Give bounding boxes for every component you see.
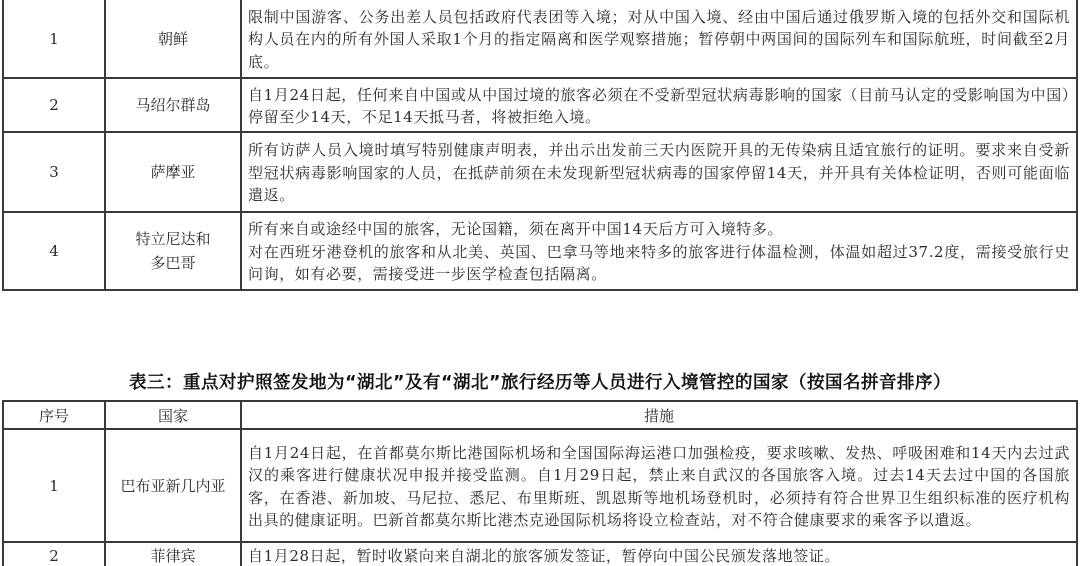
table-row: 2 马绍尔群岛 自1月24日起，任何来自中国或从中国过境的旅客必须在不受新型冠状…: [3, 78, 1077, 132]
country-name-line: 特立尼达和: [106, 227, 240, 251]
row-number: 2: [3, 78, 105, 132]
table-row: 1 巴布亚新几内亚 自1月24日起，在首都莫尔斯比港国际机场和全国国际海运港口加…: [3, 429, 1077, 542]
table-row: 3 萨摩亚 所有访萨人员入境时填写特别健康声明表，并出示出发前三天内医院开具的无…: [3, 132, 1077, 212]
column-header-measures: 措施: [241, 401, 1077, 429]
table-countries-entry-restrictions: 1 朝鲜 限制中国游客、公务出差人员包括政府代表团等入境；对从中国入境、经由中国…: [2, 0, 1078, 291]
row-number: 2: [3, 542, 105, 566]
measures-text: 限制中国游客、公务出差人员包括政府代表团等入境；对从中国入境、经由中国后通过俄罗…: [241, 0, 1077, 78]
table-title: 表三：重点对护照签发地为“湖北”及有“湖北”旅行经历等人员进行入境管控的国家（按…: [0, 369, 1080, 394]
measures-paragraph: 所有来自或途经中国的旅客，无论国籍，须在离开中国14天后方可入境特多。: [248, 218, 1070, 241]
row-number: 1: [3, 0, 105, 78]
table-row: 4 特立尼达和 多巴哥 所有来自或途经中国的旅客，无论国籍，须在离开中国14天后…: [3, 212, 1077, 290]
column-header-number: 序号: [3, 401, 105, 429]
column-header-country: 国家: [105, 401, 241, 429]
country-name: 萨摩亚: [105, 132, 241, 212]
table-hubei-entry-controls: 序号 国家 措施 1 巴布亚新几内亚 自1月24日起，在首都莫尔斯比港国际机场和…: [2, 400, 1078, 566]
row-number: 1: [3, 429, 105, 542]
measures-paragraph: 对在西班牙港登机的旅客和从北美、英国、巴拿马等地来特多的旅客进行体温检测，体温如…: [248, 241, 1070, 286]
measures-text: 自1月24日起，任何来自中国或从中国过境的旅客必须在不受新型冠状病毒影响的国家（…: [241, 78, 1077, 132]
measures-text: 所有来自或途经中国的旅客，无论国籍，须在离开中国14天后方可入境特多。 对在西班…: [241, 212, 1077, 290]
row-number: 4: [3, 212, 105, 290]
table-row: 1 朝鲜 限制中国游客、公务出差人员包括政府代表团等入境；对从中国入境、经由中国…: [3, 0, 1077, 78]
country-name: 朝鲜: [105, 0, 241, 78]
measures-text: 所有访萨人员入境时填写特别健康声明表，并出示出发前三天内医院开具的无传染病且适宜…: [241, 132, 1077, 212]
table-header-row: 序号 国家 措施: [3, 401, 1077, 429]
country-name-line: 多巴哥: [106, 251, 240, 275]
country-name: 菲律宾: [105, 542, 241, 566]
country-name: 马绍尔群岛: [105, 78, 241, 132]
country-name: 特立尼达和 多巴哥: [105, 212, 241, 290]
measures-text: 自1月28日起，暂时收紧向来自湖北的旅客颁发签证，暂停向中国公民颁发落地签证。: [241, 542, 1077, 566]
table-row: 2 菲律宾 自1月28日起，暂时收紧向来自湖北的旅客颁发签证，暂停向中国公民颁发…: [3, 542, 1077, 566]
measures-text: 自1月24日起，在首都莫尔斯比港国际机场和全国国际海运港口加强检疫，要求咳嗽、发…: [241, 429, 1077, 542]
row-number: 3: [3, 132, 105, 212]
country-name: 巴布亚新几内亚: [105, 429, 241, 542]
